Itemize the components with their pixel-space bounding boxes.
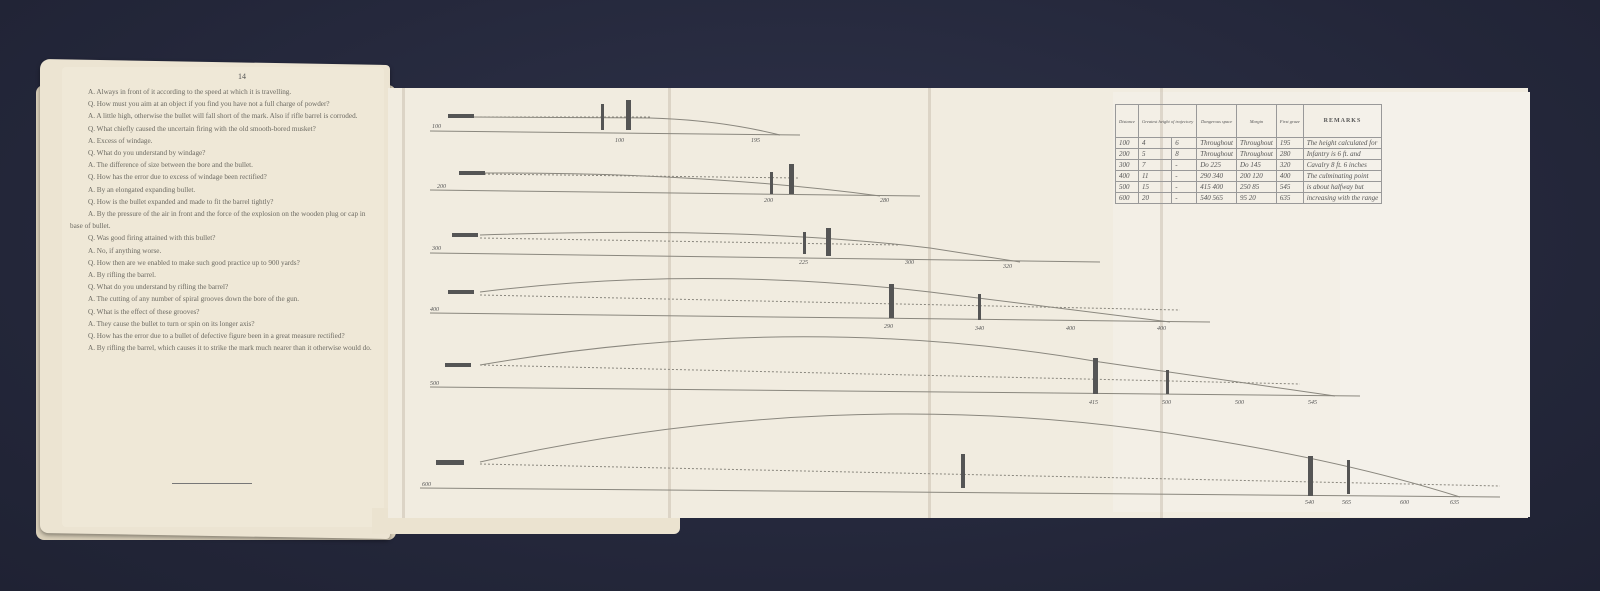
table-row: 600 20 - 540 565 95 20 635 increasing wi… [1116, 193, 1382, 204]
cell: 7 [1139, 160, 1172, 171]
distance-label: 320 [1002, 264, 1012, 270]
cell: - [1172, 160, 1197, 171]
distance-label: 545 [1308, 399, 1317, 406]
cell: 200 [1116, 149, 1139, 160]
table-row: 400 11 - 290 340 200 120 400 The culmina… [1116, 171, 1382, 182]
cell: Do 145 [1237, 160, 1277, 171]
cell: Throughout [1197, 149, 1237, 160]
distance-label: 500 [1162, 400, 1171, 406]
distance-label: 415 [1089, 399, 1098, 406]
cell: 200 120 [1237, 171, 1277, 182]
cell: - [1172, 171, 1197, 182]
cell: 250 85 [1237, 182, 1277, 193]
distance-label: 400 [1066, 325, 1075, 332]
cell: 280 [1276, 149, 1303, 160]
cell: 545 [1276, 182, 1303, 193]
cell: Throughout [1197, 138, 1237, 149]
distance-label: 290 [884, 324, 893, 330]
cell: 540 565 [1197, 193, 1237, 204]
cell: Infantry is 6 ft. and [1303, 149, 1381, 160]
cell: increasing with the range [1303, 193, 1381, 204]
cell: Throughout [1237, 138, 1277, 149]
cell: 600 [1116, 193, 1139, 204]
cell: The culminating point [1303, 171, 1381, 182]
cell: 415 400 [1197, 182, 1237, 193]
distance-label: 400 [1157, 325, 1166, 332]
cell: - [1172, 182, 1197, 193]
distance-label: 340 [974, 325, 984, 332]
cell: The height calculated for [1303, 138, 1381, 149]
cell: 5 [1139, 149, 1172, 160]
cell: 290 340 [1197, 171, 1237, 182]
cell: 95 20 [1237, 193, 1277, 204]
distance-label: 500 [1235, 400, 1244, 406]
col-header: Distance [1116, 105, 1139, 138]
cell: 4 [1139, 138, 1172, 149]
distance-label: 280 [880, 198, 889, 204]
cell: is about halfway but [1303, 182, 1381, 193]
distance-label: 565 [1342, 500, 1351, 506]
trajectory-table: Distance Greatest height of trajectory D… [1115, 104, 1382, 204]
cell: 400 [1276, 171, 1303, 182]
cell: 100 [1116, 138, 1139, 149]
cell: 8 [1172, 149, 1197, 160]
range-label: 400 [430, 306, 439, 313]
cell: 500 [1116, 182, 1139, 193]
col-header: Greatest height of trajectory [1139, 105, 1197, 138]
trajectory-diagram: 100 100 195 200 200 280 300 225 300 320 … [0, 0, 1600, 591]
cell: 11 [1139, 171, 1172, 182]
col-header: Margin [1237, 105, 1277, 138]
cell: 6 [1172, 138, 1197, 149]
cell: 320 [1276, 160, 1303, 171]
cell: - [1172, 193, 1197, 204]
table-row: 100 4 6 Throughout Throughout 195 The he… [1116, 138, 1382, 149]
cell: 400 [1116, 171, 1139, 182]
cell: 300 [1116, 160, 1139, 171]
cell: Do 225 [1197, 160, 1237, 171]
range-label: 200 [437, 184, 446, 190]
distance-label: 200 [764, 198, 773, 204]
distance-label: 195 [751, 138, 760, 144]
distance-label: 100 [615, 138, 624, 144]
cell: 20 [1139, 193, 1172, 204]
distance-label: 540 [1305, 499, 1314, 506]
range-label: 500 [430, 381, 439, 387]
col-header-remarks: REMARKS [1303, 105, 1381, 138]
distance-label: 225 [799, 260, 808, 266]
range-label: 100 [432, 124, 441, 130]
col-header: Dangerous space [1197, 105, 1237, 138]
range-label: 300 [431, 246, 441, 252]
table-row: 200 5 8 Throughout Throughout 280 Infant… [1116, 149, 1382, 160]
table-row: 500 15 - 415 400 250 85 545 is about hal… [1116, 182, 1382, 193]
cell: Cavalry 8 ft. 6 inches [1303, 160, 1381, 171]
cell: 15 [1139, 182, 1172, 193]
distance-label: 635 [1450, 500, 1459, 506]
cell: 635 [1276, 193, 1303, 204]
range-label: 600 [422, 482, 431, 488]
distance-label: 300 [904, 260, 914, 266]
table-row: 300 7 - Do 225 Do 145 320 Cavalry 8 ft. … [1116, 160, 1382, 171]
cell: Throughout [1237, 149, 1277, 160]
cell: 195 [1276, 138, 1303, 149]
col-header: First graze [1276, 105, 1303, 138]
distance-label: 600 [1400, 500, 1409, 506]
